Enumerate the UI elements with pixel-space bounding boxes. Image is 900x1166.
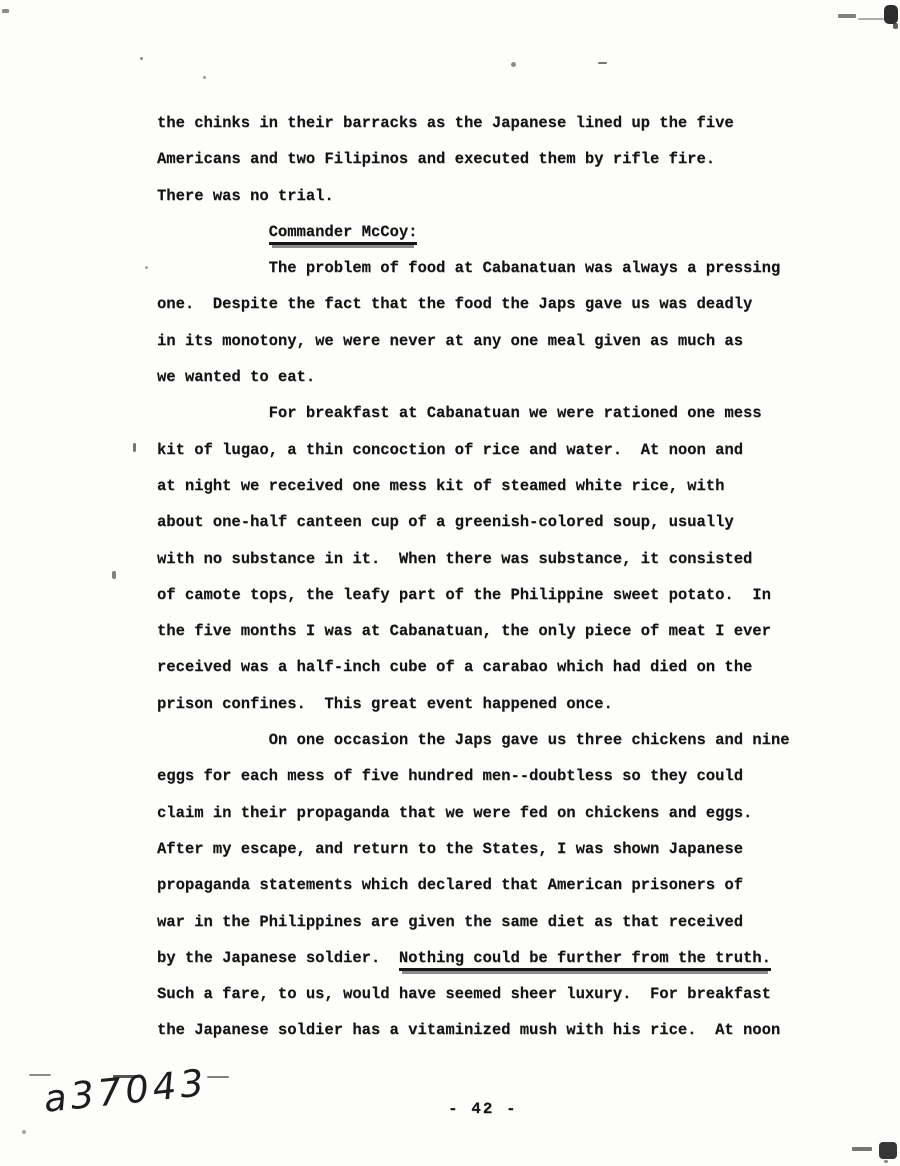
text-segment: eggs for each mess of five hundred men--… bbox=[157, 767, 743, 785]
text-line: the Japanese soldier has a vitaminized m… bbox=[157, 1012, 790, 1048]
text-line: the chinks in their barracks as the Japa… bbox=[157, 105, 790, 141]
text-segment: with no substance in it. When there was … bbox=[157, 550, 752, 568]
text-segment: For breakfast at Cabanatuan we were rati… bbox=[157, 404, 762, 422]
ink-speck bbox=[879, 1142, 897, 1159]
text-segment bbox=[157, 223, 269, 241]
text-line: received was a half-inch cube of a carab… bbox=[157, 649, 790, 685]
text-segment: the five months I was at Cabanatuan, the… bbox=[157, 622, 771, 640]
text-line: There was no trial. bbox=[157, 178, 790, 214]
ink-speck bbox=[113, 1075, 139, 1078]
text-line: After my escape, and return to the State… bbox=[157, 831, 790, 867]
text-segment: kit of lugao, a thin concoction of rice … bbox=[157, 441, 743, 459]
ink-speck bbox=[112, 571, 116, 579]
text-segment: propaganda statements which declared tha… bbox=[157, 876, 743, 894]
text-segment: Americans and two Filipinos and executed… bbox=[157, 150, 715, 168]
text-line: of camote tops, the leafy part of the Ph… bbox=[157, 577, 790, 613]
text-line: For breakfast at Cabanatuan we were rati… bbox=[157, 395, 790, 431]
ink-speck bbox=[22, 1130, 26, 1134]
text-line: at night we received one mess kit of ste… bbox=[157, 468, 790, 504]
text-line: claim in their propaganda that we were f… bbox=[157, 795, 790, 831]
ink-speck bbox=[852, 1147, 872, 1151]
scanned-document-page: the chinks in their barracks as the Japa… bbox=[0, 0, 900, 1166]
text-line: Americans and two Filipinos and executed… bbox=[157, 141, 790, 177]
text-line: war in the Philippines are given the sam… bbox=[157, 904, 790, 940]
text-segment: we wanted to eat. bbox=[157, 368, 315, 386]
handwritten-archive-number: a37043 bbox=[42, 1061, 210, 1121]
text-line: we wanted to eat. bbox=[157, 359, 790, 395]
ink-speck bbox=[598, 62, 607, 64]
ink-speck bbox=[884, 5, 898, 24]
text-line: eggs for each mess of five hundred men--… bbox=[157, 758, 790, 794]
ink-speck bbox=[29, 1074, 51, 1076]
text-segment: by the Japanese soldier. bbox=[157, 949, 399, 967]
text-segment: There was no trial. bbox=[157, 187, 334, 205]
text-segment: After my escape, and return to the State… bbox=[157, 840, 743, 858]
text-segment: prison confines. This great event happen… bbox=[157, 695, 613, 713]
text-line: about one-half canteen cup of a greenish… bbox=[157, 504, 790, 540]
text-segment: On one occasion the Japs gave us three c… bbox=[157, 731, 790, 749]
ink-speck bbox=[884, 1160, 888, 1163]
text-line: one. Despite the fact that the food the … bbox=[157, 286, 790, 322]
text-segment: one. Despite the fact that the food the … bbox=[157, 295, 752, 313]
text-segment: of camote tops, the leafy part of the Ph… bbox=[157, 586, 771, 604]
text-segment: about one-half canteen cup of a greenish… bbox=[157, 513, 734, 531]
text-segment: The problem of food at Cabanatuan was al… bbox=[157, 259, 780, 277]
text-line: Such a fare, to us, would have seemed sh… bbox=[157, 976, 790, 1012]
ink-speck bbox=[207, 1076, 229, 1078]
text-segment: received was a half-inch cube of a carab… bbox=[157, 658, 752, 676]
underlined-text: Commander McCoy: bbox=[269, 223, 418, 245]
document-body: the chinks in their barracks as the Japa… bbox=[157, 105, 790, 1049]
text-line: with no substance in it. When there was … bbox=[157, 541, 790, 577]
ink-speck bbox=[858, 18, 884, 20]
text-segment: Such a fare, to us, would have seemed sh… bbox=[157, 985, 771, 1003]
ink-speck bbox=[2, 9, 9, 13]
text-segment: in its monotony, we were never at any on… bbox=[157, 332, 743, 350]
ink-speck bbox=[133, 443, 136, 452]
ink-speck bbox=[511, 62, 516, 67]
text-segment: war in the Philippines are given the sam… bbox=[157, 913, 743, 931]
ink-speck bbox=[140, 57, 143, 60]
text-segment: claim in their propaganda that we were f… bbox=[157, 804, 752, 822]
text-line: the five months I was at Cabanatuan, the… bbox=[157, 613, 790, 649]
text-line: by the Japanese soldier. Nothing could b… bbox=[157, 940, 790, 976]
text-line: in its monotony, we were never at any on… bbox=[157, 323, 790, 359]
text-segment: at night we received one mess kit of ste… bbox=[157, 477, 724, 495]
text-line: The problem of food at Cabanatuan was al… bbox=[157, 250, 790, 286]
text-segment: the chinks in their barracks as the Japa… bbox=[157, 114, 734, 132]
page-number: - 42 - bbox=[448, 1100, 518, 1118]
text-segment: the Japanese soldier has a vitaminized m… bbox=[157, 1021, 780, 1039]
ink-speck bbox=[145, 266, 148, 269]
text-line: On one occasion the Japs gave us three c… bbox=[157, 722, 790, 758]
text-line: propaganda statements which declared tha… bbox=[157, 867, 790, 903]
ink-speck bbox=[203, 76, 206, 79]
text-line: Commander McCoy: bbox=[157, 214, 790, 250]
text-line: kit of lugao, a thin concoction of rice … bbox=[157, 432, 790, 468]
text-line: prison confines. This great event happen… bbox=[157, 686, 790, 722]
ink-speck bbox=[838, 14, 856, 18]
ink-speck bbox=[893, 23, 898, 29]
underlined-text: Nothing could be further from the truth. bbox=[399, 949, 771, 971]
